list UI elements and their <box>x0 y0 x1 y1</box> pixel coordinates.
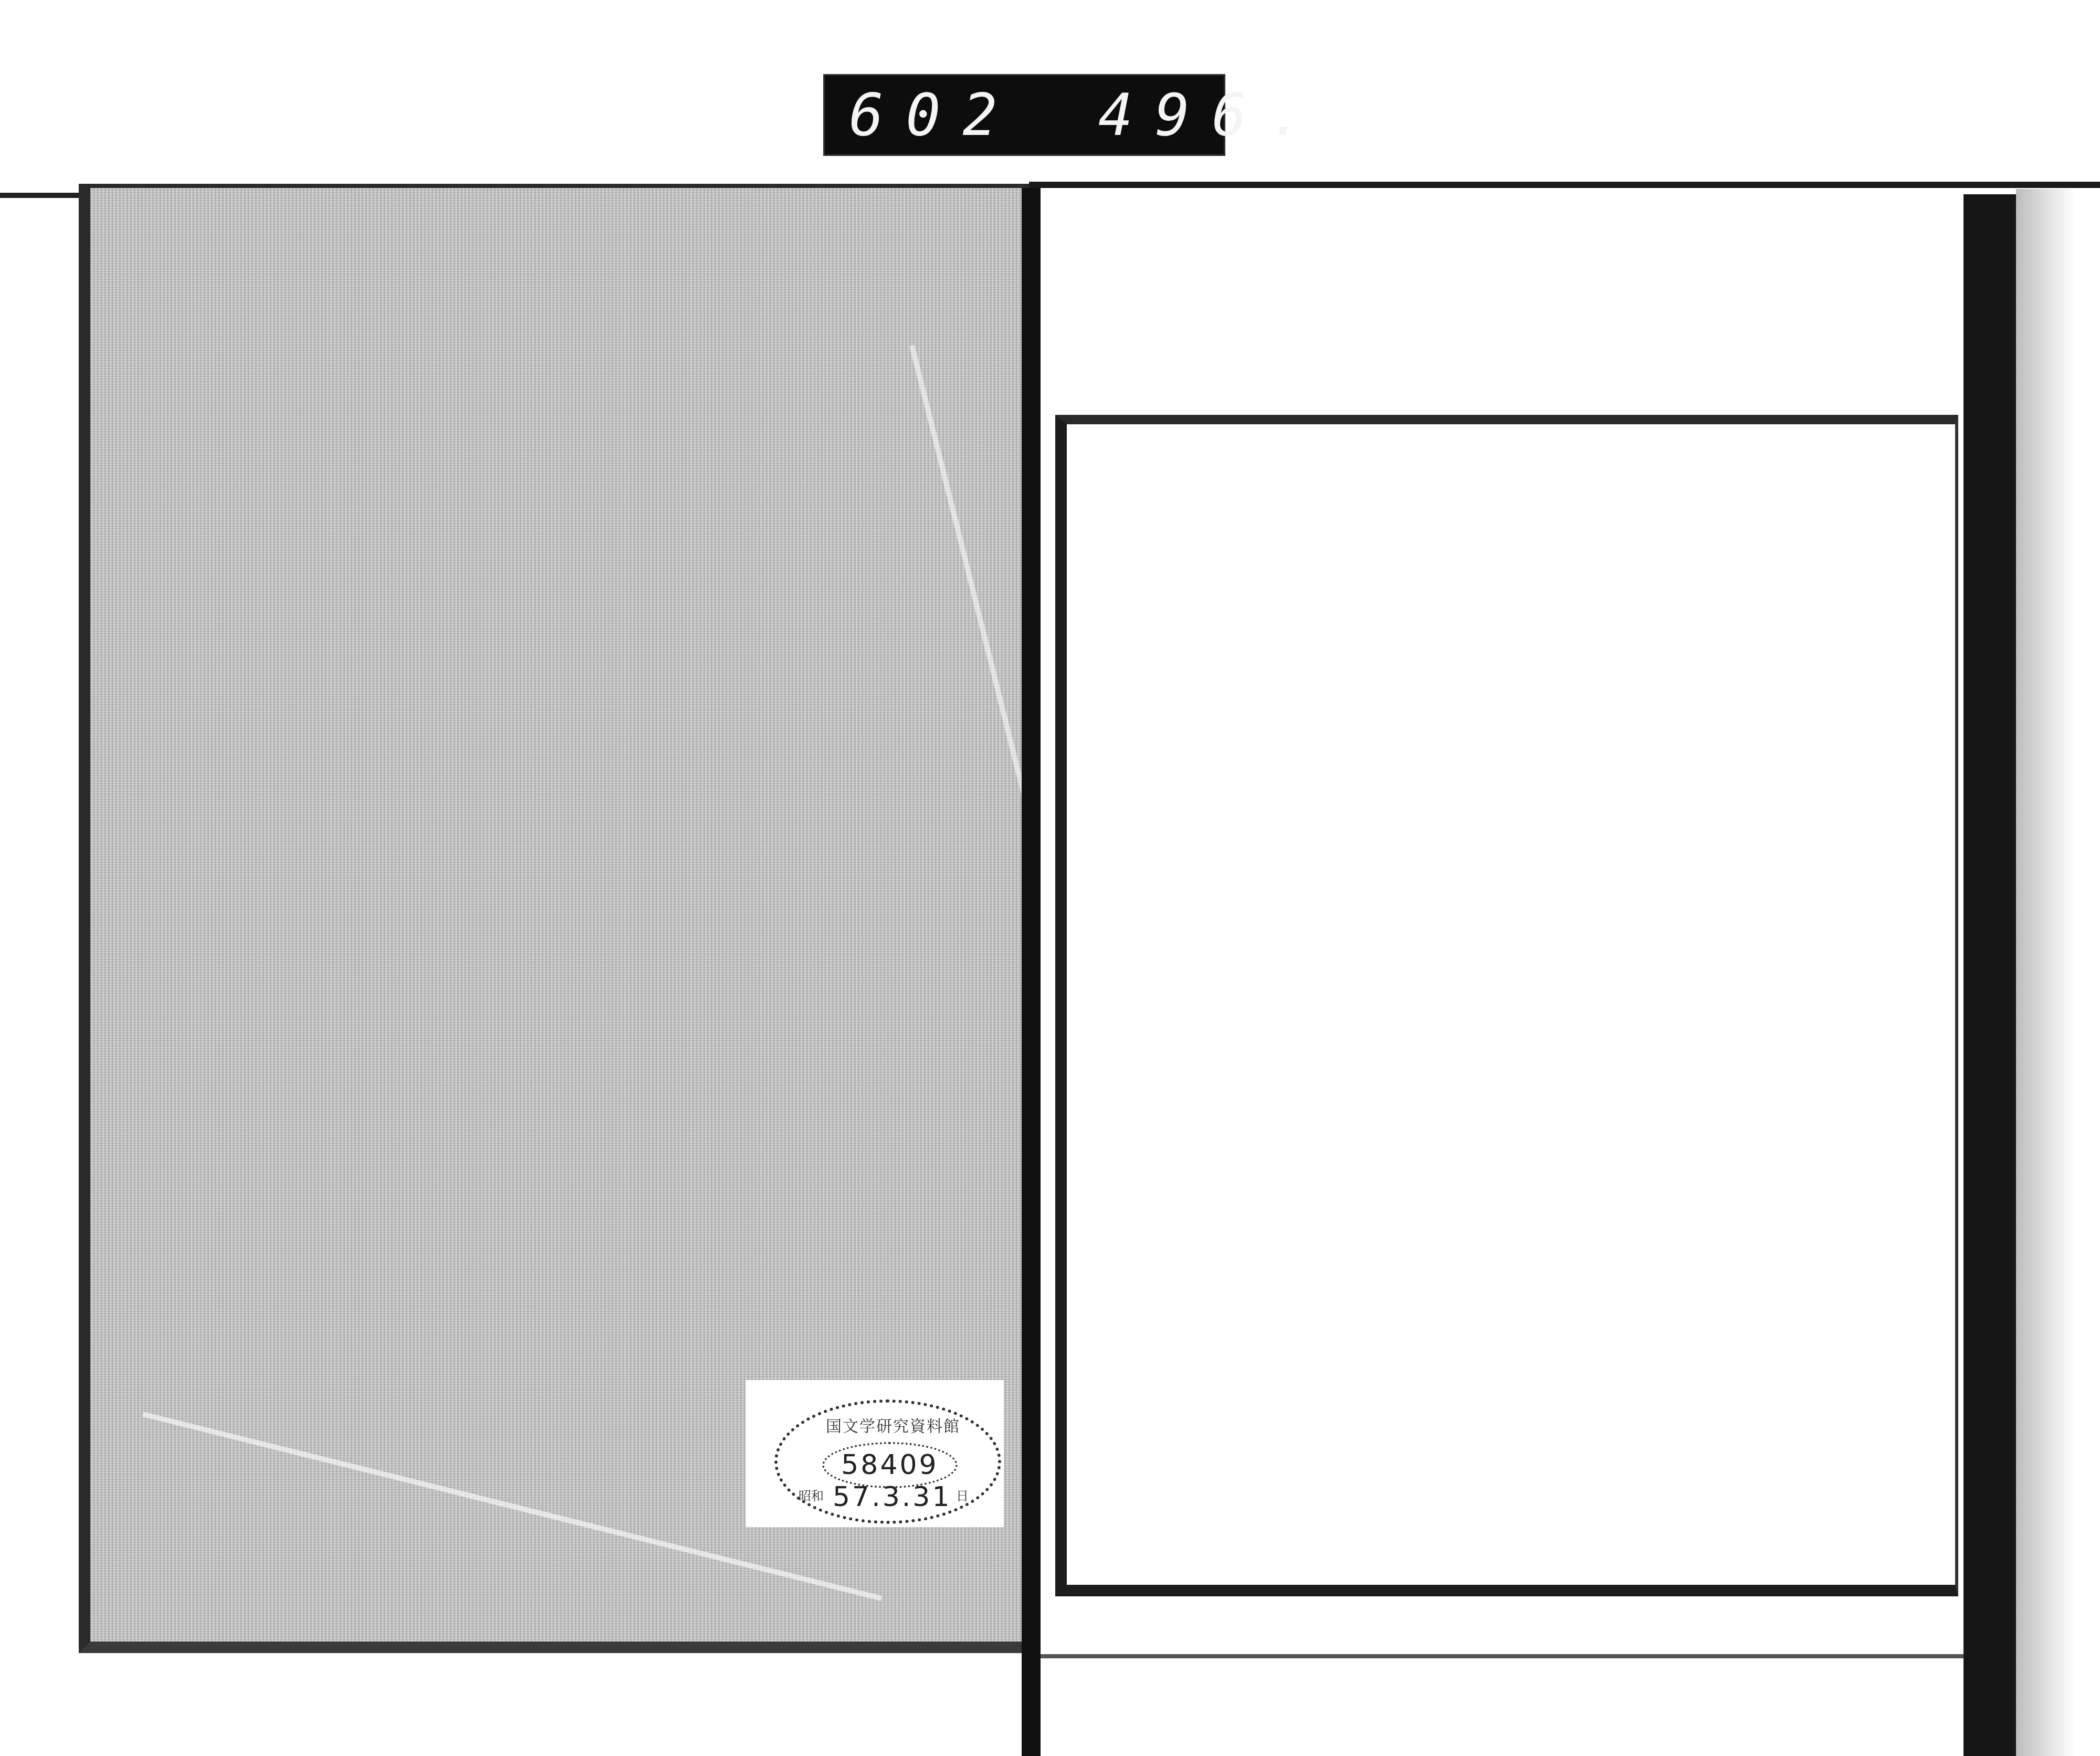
book-gutter <box>1022 188 1041 1756</box>
frame-counter-display: 602 496. <box>823 74 1225 156</box>
stamp-institution-name: 国文学研究資料館 <box>825 1413 961 1436</box>
book-fore-edge-shadow <box>2016 189 2100 1756</box>
stamp-accession-number: 58409 <box>824 1449 955 1481</box>
frame-counter-left: 602 <box>849 81 1020 149</box>
stamp-era: 昭和 <box>799 1486 824 1504</box>
scan-top-rule-left <box>0 193 84 198</box>
frame-counter-right: 496. <box>1098 81 1326 149</box>
stamp-day-suffix: 日 <box>956 1486 969 1504</box>
library-stamp: 国文学研究資料館 58409 昭和 57.3.31 日 <box>774 1399 1001 1524</box>
right-page-bottom-edge <box>1041 1654 1965 1658</box>
page-border-frame <box>1055 415 1958 1596</box>
book-fore-edge <box>1963 194 2016 1756</box>
scan-top-rule-right <box>1029 182 2100 188</box>
stamp-date: 57.3.31 <box>833 1481 951 1513</box>
